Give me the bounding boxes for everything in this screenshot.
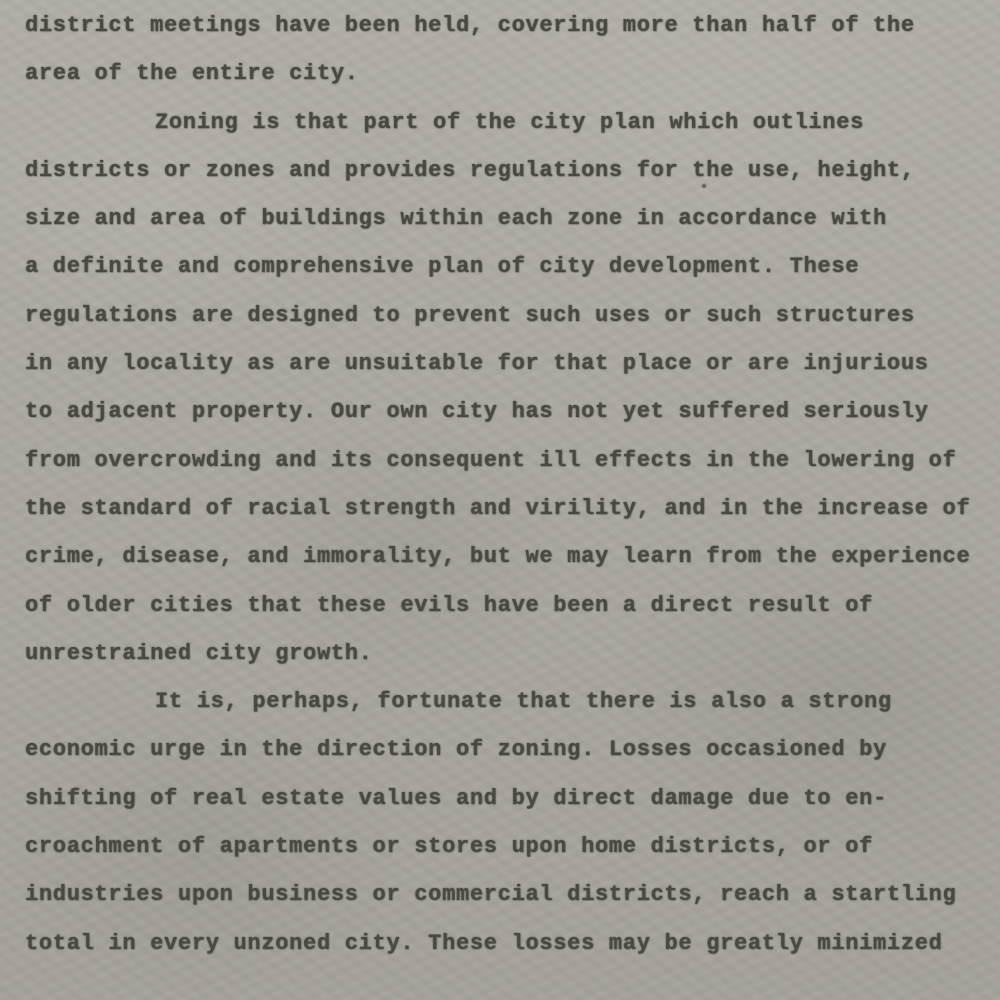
text-line: from overcrowding and its consequent ill… — [25, 437, 975, 485]
text-line: districts or zones and provides regulati… — [25, 147, 975, 195]
text-line: total in every unzoned city. These losse… — [25, 920, 975, 968]
ink-speck — [702, 184, 706, 188]
text-line: It is, perhaps, fortunate that there is … — [25, 678, 975, 726]
text-line: in any locality as are unsuitable for th… — [25, 340, 975, 388]
text-line: regulations are designed to prevent such… — [25, 292, 975, 340]
text-line: crime, disease, and immorality, but we m… — [25, 533, 975, 581]
text-line: the standard of racial strength and viri… — [25, 485, 975, 533]
document-text: district meetings have been held, coveri… — [25, 2, 975, 968]
paper-page: district meetings have been held, coveri… — [0, 0, 1000, 1000]
text-line: to adjacent property. Our own city has n… — [25, 388, 975, 436]
text-line: Zoning is that part of the city plan whi… — [25, 99, 975, 147]
text-line: industries upon business or commercial d… — [25, 871, 975, 919]
text-line: of older cities that these evils have be… — [25, 582, 975, 630]
text-line: shifting of real estate values and by di… — [25, 775, 975, 823]
text-line: a definite and comprehensive plan of cit… — [25, 243, 975, 291]
text-line: economic urge in the direction of zoning… — [25, 726, 975, 774]
text-line: unrestrained city growth. — [25, 630, 975, 678]
text-line: area of the entire city. — [25, 50, 975, 98]
text-line: size and area of buildings within each z… — [25, 195, 975, 243]
text-line: district meetings have been held, coveri… — [25, 2, 975, 50]
text-line: croachment of apartments or stores upon … — [25, 823, 975, 871]
